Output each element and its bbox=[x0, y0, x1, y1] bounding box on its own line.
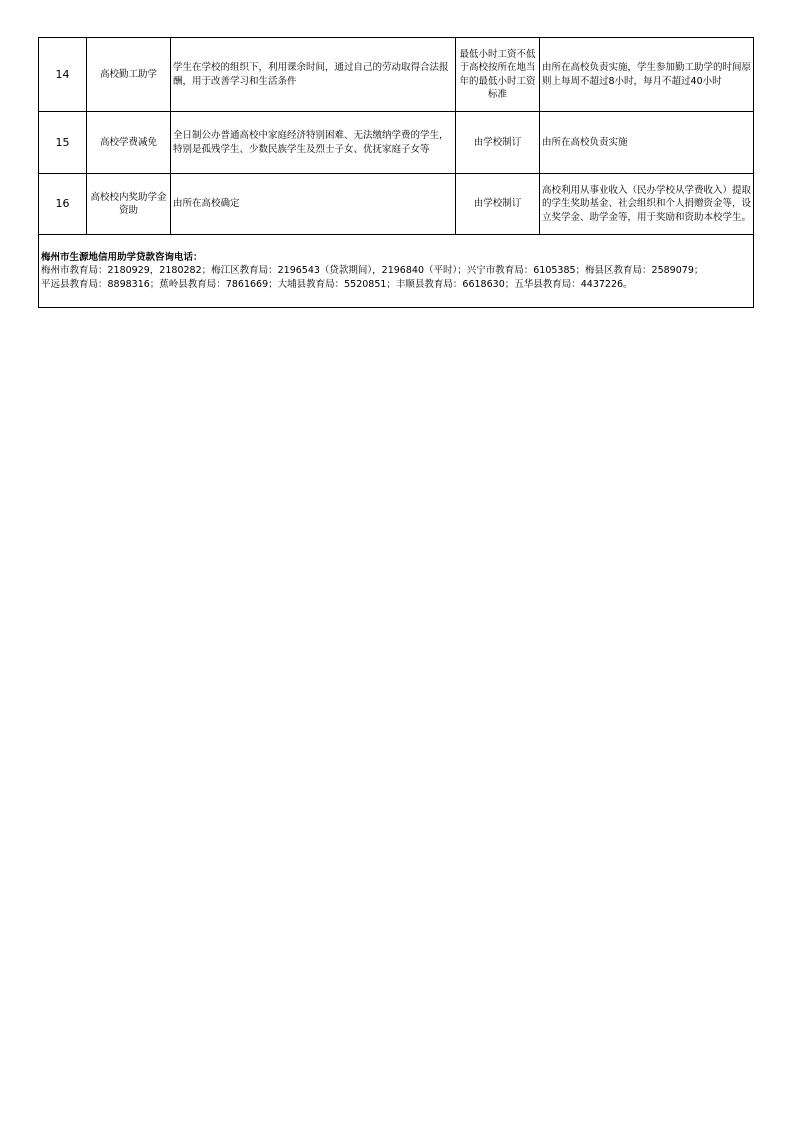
program-name: 高校校内奖助学金资助 bbox=[87, 174, 171, 235]
row-number: 14 bbox=[39, 38, 87, 112]
program-description: 学生在学校的组织下，利用课余时间，通过自己的劳动取得合法报酬，用于改善学习和生活… bbox=[171, 38, 456, 112]
policy-table: 14 高校勤工助学 学生在学校的组织下，利用课余时间，通过自己的劳动取得合法报酬… bbox=[38, 37, 754, 308]
program-name: 高校学费减免 bbox=[87, 112, 171, 174]
program-standard: 由学校制订 bbox=[456, 112, 540, 174]
row-number: 16 bbox=[39, 174, 87, 235]
contact-line-2: 平远县教育局：8898316；蕉岭县教育局：7861669；大埔县教育局：552… bbox=[41, 278, 751, 292]
program-standard: 最低小时工资不低于高校按所在地当年的最低小时工资标准 bbox=[456, 38, 540, 112]
footer-row: 梅州市生源地信用助学贷款咨询电话： 梅州市教育局：2180929，2180282… bbox=[39, 235, 754, 308]
contact-line-1: 梅州市教育局：2180929，2180282；梅江区教育局：2196543（贷款… bbox=[41, 264, 751, 278]
program-implementation: 由所在高校负责实施 bbox=[540, 112, 754, 174]
program-description: 由所在高校确定 bbox=[171, 174, 456, 235]
policy-table-sheet: 14 高校勤工助学 学生在学校的组织下，利用课余时间，通过自己的劳动取得合法报酬… bbox=[38, 37, 753, 308]
row-number: 15 bbox=[39, 112, 87, 174]
program-standard: 由学校制订 bbox=[456, 174, 540, 235]
program-implementation: 高校利用从事业收入（民办学校从学费收入）提取的学生奖助基金、社会组织和个人捐赠资… bbox=[540, 174, 754, 235]
table-row: 15 高校学费减免 全日制公办普通高校中家庭经济特别困难、无法缴纳学费的学生，特… bbox=[39, 112, 754, 174]
contact-info-cell: 梅州市生源地信用助学贷款咨询电话： 梅州市教育局：2180929，2180282… bbox=[39, 235, 754, 308]
program-implementation: 由所在高校负责实施，学生参加勤工助学的时间原则上每周不超过8小时，每月不超过40… bbox=[540, 38, 754, 112]
table-row: 14 高校勤工助学 学生在学校的组织下，利用课余时间，通过自己的劳动取得合法报酬… bbox=[39, 38, 754, 112]
table-row: 16 高校校内奖助学金资助 由所在高校确定 由学校制订 高校利用从事业收入（民办… bbox=[39, 174, 754, 235]
contact-title: 梅州市生源地信用助学贷款咨询电话： bbox=[41, 251, 751, 265]
program-description: 全日制公办普通高校中家庭经济特别困难、无法缴纳学费的学生，特别是孤残学生、少数民… bbox=[171, 112, 456, 174]
program-name: 高校勤工助学 bbox=[87, 38, 171, 112]
